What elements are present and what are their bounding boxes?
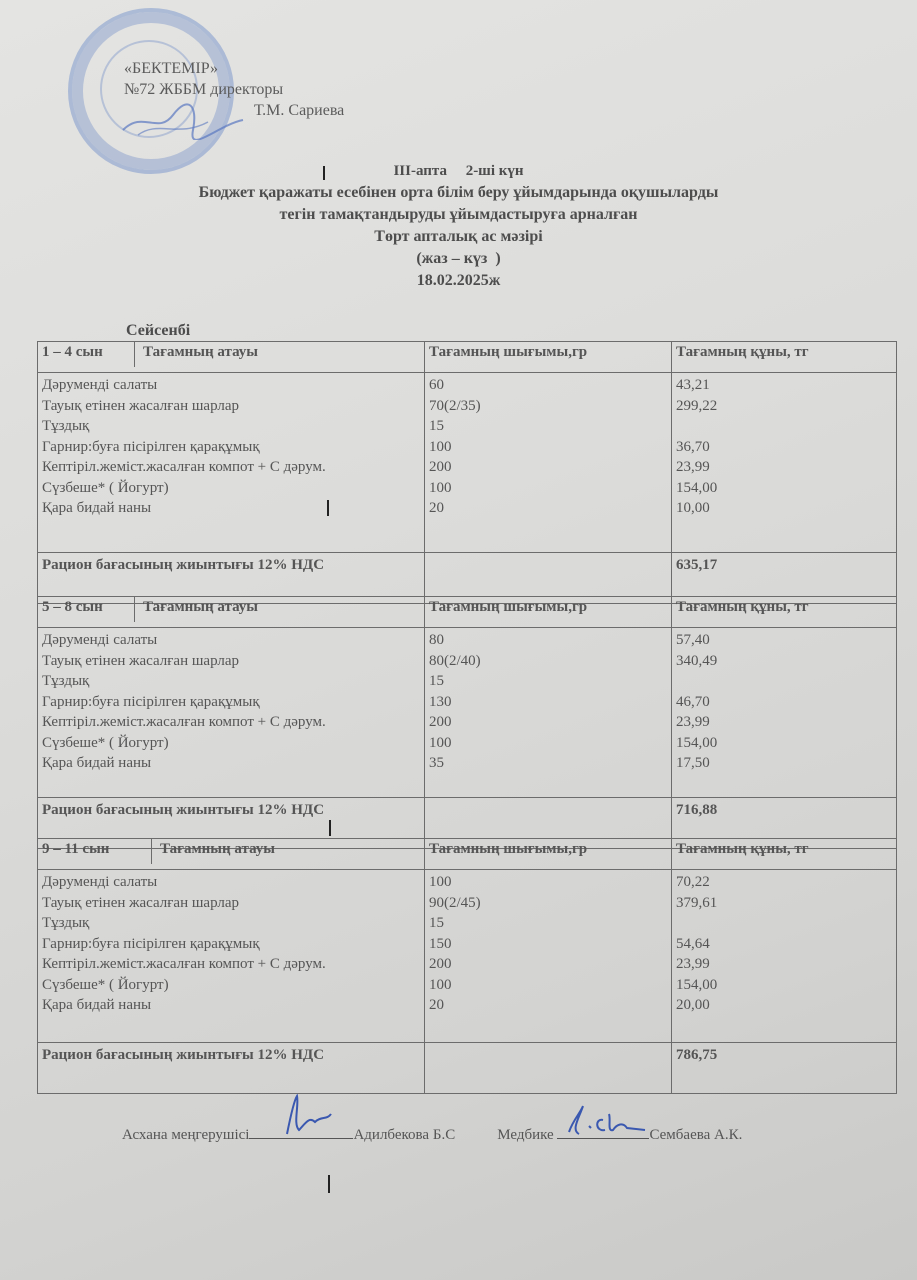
col-price-header: Тағамның құны, тг [672, 342, 897, 373]
pen-mark [328, 1175, 330, 1193]
table-header-row: 5 – 8 сын Тағамның атауы Тағамның шығымы… [38, 597, 897, 628]
list-item-price: 154,00 [676, 975, 892, 996]
list-item-price: 10,00 [676, 498, 892, 519]
menu-table-grade-1-4: 1 – 4 сын Тағамның атауы Тағамның шығымы… [37, 341, 897, 604]
col-portion-header: Тағамның шығымы,гр [425, 597, 672, 628]
list-item-price: 57,40 [676, 630, 892, 651]
list-item-portion: 80 [429, 630, 667, 651]
list-item-portion: 150 [429, 934, 667, 955]
list-item-price: 340,49 [676, 651, 892, 672]
list-item-name: Кептіріл.жеміст.жасалған компот + С дәру… [42, 457, 420, 478]
title-line-3: Төрт апталық ас мәзірі [0, 226, 917, 248]
list-item-portion: 200 [429, 457, 667, 478]
list-item-name: Тұздық [42, 913, 420, 934]
canteen-signature-line [249, 1124, 353, 1139]
list-item-portion: 90(2/45) [429, 893, 667, 914]
list-item-price: 23,99 [676, 954, 892, 975]
canteen-signature-icon [269, 1094, 349, 1138]
list-item-name: Тұздық [42, 671, 420, 692]
item-names: Дәруменді салатыТауық етінен жасалған ша… [38, 373, 425, 553]
list-item-portion: 15 [429, 416, 667, 437]
list-item-price: 154,00 [676, 733, 892, 754]
total-empty-cell [425, 1043, 672, 1094]
list-item-name: Тауық етінен жасалған шарлар [42, 651, 420, 672]
grade-group: 9 – 11 сын [38, 839, 152, 864]
week-day: III-апта 2-ші күн [0, 160, 917, 182]
list-item-portion: 80(2/40) [429, 651, 667, 672]
list-item-name: Кептіріл.жеміст.жасалған компот + С дәру… [42, 954, 420, 975]
list-item-price [676, 416, 892, 437]
menu-table-grade-5-8: 5 – 8 сын Тағамның атауы Тағамның шығымы… [37, 596, 897, 849]
list-item-name: Сүзбеше* ( Йогурт) [42, 478, 420, 499]
list-item-name: Гарнир:буға пісірілген қарақұмық [42, 692, 420, 713]
grade-group: 5 – 8 сын [38, 597, 135, 622]
list-item-price: 70,22 [676, 872, 892, 893]
nurse-name: Сембаева А.К. [649, 1127, 742, 1143]
list-item-name: Қара бидай наны [42, 995, 420, 1016]
weekday-label: Сейсенбі [126, 322, 190, 340]
pen-mark [323, 166, 325, 180]
list-item-name: Гарнир:буға пісірілген қарақұмық [42, 437, 420, 458]
list-item-portion: 100 [429, 975, 667, 996]
item-prices: 57,40340,49 46,7023,99154,0017,50 [672, 628, 897, 798]
item-names: Дәруменді салатыТауық етінен жасалған ша… [38, 870, 425, 1043]
list-item-name: Гарнир:буға пісірілген қарақұмық [42, 934, 420, 955]
list-item-name: Қара бидай наны [42, 498, 420, 519]
list-item-price: 379,61 [676, 893, 892, 914]
list-item-portion: 130 [429, 692, 667, 713]
title-line-2: тегін тамақтандыруды ұйымдастыруға арнал… [0, 204, 917, 226]
director-signature-icon [118, 100, 248, 140]
total-label: Рацион бағасының жиынтығы 12% НДС [38, 1043, 425, 1094]
item-portions: 8080(2/40)1513020010035 [425, 628, 672, 798]
list-item-price [676, 913, 892, 934]
nurse-label: Медбике [497, 1127, 553, 1143]
menu-date: 18.02.2025ж [0, 270, 917, 292]
table-row: Дәруменді салатыТауық етінен жасалған ша… [38, 870, 897, 1043]
list-item-name: Дәруменді салаты [42, 375, 420, 396]
header-name-cell: 5 – 8 сын Тағамның атауы [38, 597, 425, 628]
col-name-header: Тағамның атауы [143, 599, 258, 616]
table-row: Дәруменді салатыТауық етінен жасалған ша… [38, 373, 897, 553]
title-line-1: Бюджет қаражаты есебінен орта білім беру… [0, 182, 917, 204]
list-item-price: 154,00 [676, 478, 892, 499]
list-item-name: Тауық етінен жасалған шарлар [42, 396, 420, 417]
list-item-name: Дәруменді салаты [42, 630, 420, 651]
list-item-price: 46,70 [676, 692, 892, 713]
list-item-portion: 20 [429, 498, 667, 519]
list-item-portion: 60 [429, 375, 667, 396]
document-title: III-апта 2-ші күн Бюджет қаражаты есебін… [0, 160, 917, 292]
canteen-manager-label: Асхана меңгерушісі [122, 1127, 249, 1143]
table-header-row: 9 – 11 сын Тағамның атауы Тағамның шығым… [38, 839, 897, 870]
list-item-portion: 100 [429, 733, 667, 754]
list-item-portion: 35 [429, 753, 667, 774]
item-prices: 43,21299,22 36,7023,99154,0010,00 [672, 373, 897, 553]
list-item-price: 17,50 [676, 753, 892, 774]
list-item-price [676, 671, 892, 692]
season: (жаз – күз ) [0, 248, 917, 270]
list-item-portion: 100 [429, 872, 667, 893]
table-header-row: 1 – 4 сын Тағамның атауы Тағамның шығымы… [38, 342, 897, 373]
total-row: Рацион бағасының жиынтығы 12% НДС 786,75 [38, 1043, 897, 1094]
director-position: №72 ЖББМ директоры [124, 79, 344, 100]
list-item-price: 299,22 [676, 396, 892, 417]
list-item-portion: 20 [429, 995, 667, 1016]
item-portions: 6070(2/35)1510020010020 [425, 373, 672, 553]
col-name-header: Тағамның атауы [160, 841, 275, 858]
list-item-portion: 70(2/35) [429, 396, 667, 417]
list-item-portion: 15 [429, 671, 667, 692]
list-item-name: Дәруменді салаты [42, 872, 420, 893]
list-item-price: 23,99 [676, 457, 892, 478]
list-item-name: Қара бидай наны [42, 753, 420, 774]
list-item-price: 23,99 [676, 712, 892, 733]
item-names: Дәруменді салатыТауық етінен жасалған ша… [38, 628, 425, 798]
list-item-name: Кептіріл.жеміст.жасалған компот + С дәру… [42, 712, 420, 733]
nurse-signature-icon [559, 1100, 651, 1140]
table-row: Дәруменді салатыТауық етінен жасалған ша… [38, 628, 897, 798]
nurse-signature-line [557, 1124, 649, 1139]
total-value: 786,75 [672, 1043, 897, 1094]
item-portions: 10090(2/45)1515020010020 [425, 870, 672, 1043]
pen-mark [327, 500, 329, 516]
list-item-name: Сүзбеше* ( Йогурт) [42, 975, 420, 996]
grade-group: 1 – 4 сын [38, 342, 135, 367]
col-name-header: Тағамның атауы [143, 344, 258, 361]
signature-footer: Асхана меңгерушісіАдилбекова Б.СМедбике … [122, 1124, 742, 1144]
list-item-name: Тұздық [42, 416, 420, 437]
list-item-portion: 15 [429, 913, 667, 934]
list-item-name: Тауық етінен жасалған шарлар [42, 893, 420, 914]
item-prices: 70,22379,61 54,6423,99154,0020,00 [672, 870, 897, 1043]
header-name-cell: 1 – 4 сын Тағамның атауы [38, 342, 425, 373]
header-name-cell: 9 – 11 сын Тағамның атауы [38, 839, 425, 870]
col-portion-header: Тағамның шығымы,гр [425, 342, 672, 373]
col-price-header: Тағамның құны, тг [672, 597, 897, 628]
list-item-name: Сүзбеше* ( Йогурт) [42, 733, 420, 754]
list-item-price: 43,21 [676, 375, 892, 396]
list-item-portion: 200 [429, 712, 667, 733]
list-item-price: 36,70 [676, 437, 892, 458]
list-item-price: 54,64 [676, 934, 892, 955]
list-item-portion: 100 [429, 437, 667, 458]
col-price-header: Тағамның құны, тг [672, 839, 897, 870]
list-item-price: 20,00 [676, 995, 892, 1016]
menu-table-grade-9-11: 9 – 11 сын Тағамның атауы Тағамның шығым… [37, 838, 897, 1094]
school-name: «БЕКТЕМІР» [124, 58, 344, 79]
pen-mark [329, 820, 331, 836]
canteen-manager-name: Адилбекова Б.С [353, 1127, 455, 1143]
list-item-portion: 100 [429, 478, 667, 499]
col-portion-header: Тағамның шығымы,гр [425, 839, 672, 870]
list-item-portion: 200 [429, 954, 667, 975]
